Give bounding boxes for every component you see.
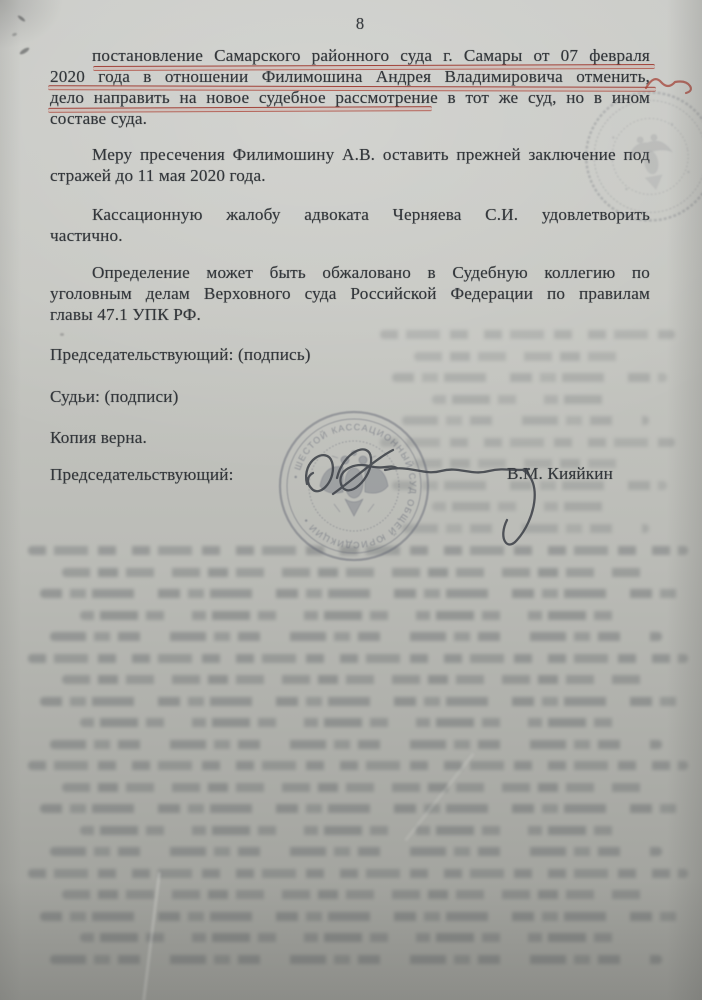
bleedthrough-line (28, 654, 688, 663)
staple-mark (19, 46, 30, 55)
bleedthrough-line (50, 740, 662, 749)
bleedthrough-line (50, 847, 662, 856)
scanned-court-document-page: 8 постановление Самарского районного суд… (0, 0, 702, 1000)
paper-crease (404, 753, 474, 842)
bleedthrough-line (380, 330, 675, 339)
bleedthrough-line (62, 783, 646, 792)
bleedthrough-text (28, 546, 688, 976)
bleedthrough-line (40, 589, 680, 598)
bleedthrough-line (80, 933, 620, 942)
staple-mark (12, 32, 18, 37)
bleedthrough-line (80, 826, 620, 835)
bleedthrough-line (62, 890, 646, 899)
bleedthrough-line (62, 675, 646, 684)
document-line: главы 47.1 УПК РФ. (50, 305, 650, 325)
page-number: 8 (60, 14, 660, 34)
bleedthrough-line (392, 373, 667, 382)
bleedthrough-line (28, 761, 688, 770)
document-line: Судьи: (подписи) (50, 387, 650, 407)
bleedthrough-line (28, 869, 688, 878)
bleedthrough-line (62, 568, 646, 577)
bleedthrough-line (50, 955, 662, 964)
document-line: частично. (50, 226, 650, 246)
bleedthrough-line (80, 611, 620, 620)
bleedthrough-line (80, 718, 620, 727)
signature (285, 428, 555, 566)
bleedthrough-line (40, 912, 680, 921)
paper-crease (142, 872, 161, 1000)
bleedthrough-line (40, 697, 680, 706)
bleedthrough-line (402, 416, 649, 425)
document-line: Председательствующий: (подпись) (50, 345, 650, 365)
bleedthrough-line (50, 632, 662, 641)
staple-mark (17, 15, 26, 23)
ink-dot (60, 333, 64, 336)
bleedthrough-line (40, 804, 680, 813)
document-line: стражей до 11 мая 2020 года. (50, 166, 650, 186)
